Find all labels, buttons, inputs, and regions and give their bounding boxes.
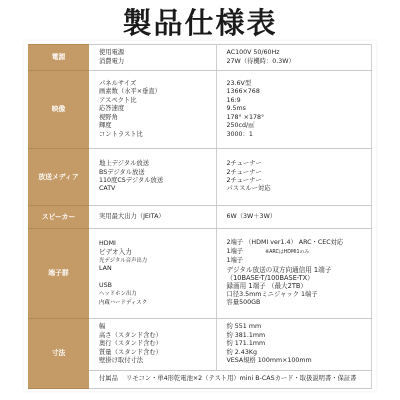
item-name: 幅 [99,323,216,331]
item-name: 壁掛け取付寸法 [99,357,216,365]
item-value: 口径3.5mmミニジャック 1端子 [227,291,372,299]
item-value: 6W（3W＋3W） [227,213,372,221]
accessories-cell: 付属品リモコン・単4形乾電池×2（テスト用）mini B-CASカード・取扱説明… [89,371,372,389]
item-name: 視野角 [99,114,216,122]
category-label: 電源 [28,45,89,71]
spec-row-dimensions: 寸法 幅 高さ（スタンド含む） 奥行（スタンド含む） 質量（スタンド含む） 壁掛… [28,319,372,371]
spec-row-broadcast: 放送メディア 地上デジタル放送 BSデジタル放送 110度CSデジタル放送 CA… [28,149,372,206]
spec-row-power: 電源 使用電源 消費電力 AC100V 50/60Hz 27W（待機時：0.3W… [28,45,372,71]
spec-row-speaker: スピーカー 実用最大出力（JEITA） 6W（3W＋3W） [28,206,372,229]
category-label: 放送メディア [28,149,89,206]
item-name: 輝度 [99,122,216,130]
item-value: 約 551 mm [227,323,372,331]
item-name: BSデジタル放送 [99,169,216,177]
item-name: 光デジタル音声出力 [99,257,216,265]
item-value: 1端子 [227,257,372,265]
item-name: 応答速度 [99,105,216,113]
item-value: 16:9 [227,97,372,105]
item-name: 質量（スタンド含む） [99,349,216,357]
item-value: 約 171.1mm [227,340,372,348]
category-label: 寸法 [28,319,89,389]
arc-note: ※ARCはHDMI1のみ [265,250,309,255]
item-name: 地上デジタル放送 [99,160,216,168]
category-label: スピーカー [28,206,89,229]
item-value: 178° ×178° [227,114,372,122]
page-title: 製品仕様表 [0,6,400,40]
item-value: デジタル放送の双方向通信用 1端子 [227,266,372,274]
item-value: 23.6V型 [227,80,372,88]
item-names: 幅 高さ（スタンド含む） 奥行（スタンド含む） 質量（スタンド含む） 壁掛け取付… [89,319,216,371]
item-values: AC100V 50/60Hz 27W（待機時：0.3W） [216,45,372,71]
item-name: ヘッドホン出力 [99,290,216,298]
item-name: ビデオ入力 [99,248,216,256]
item-name: 110度CSデジタル放送 [99,177,216,185]
item-value: 録画用 1端子 （最大2TB） [227,282,372,290]
item-name: LAN [99,265,216,273]
item-value: 容量500GB [227,299,372,307]
item-value: 2端子 （HDMI ver1.4） ARC・CEC対応 [227,239,372,247]
item-values: 6W（3W＋3W） [216,206,372,229]
item-value: パススルー対応 [227,185,372,193]
item-name: CATV [99,185,216,193]
item-names: 地上デジタル放送 BSデジタル放送 110度CSデジタル放送 CATV [89,149,216,206]
item-name: USB [99,282,216,290]
item-values: 約 551 mm 約 381.1mm 約 171.1mm 約 2.43Kg VE… [216,319,372,371]
item-value: 250cd/㎡ [227,122,372,130]
category-label: 端子群 [28,229,89,319]
category-label: 映像 [28,71,89,149]
spec-row-terminals: 端子群 HDMI ビデオ入力 光デジタル音声出力 LAN USB ヘッドホン出力… [28,229,372,319]
item-name: 使用電源 [99,49,216,57]
spec-row-video: 映像 パネルサイズ 画素数（水平×垂直） アスペクト比 応答速度 視野角 輝度 … [28,71,372,149]
item-value: 1端子 [227,248,244,255]
item-value: 1366×768 [227,88,372,96]
item-names: 使用電源 消費電力 [89,45,216,71]
item-value: AC100V 50/60Hz [227,49,372,57]
item-values: 2チューナー 2チューナー 2チューナー パススルー対応 [216,149,372,206]
item-name: 消費電力 [99,58,216,66]
item-value: 2チューナー [227,160,372,168]
item-name: 内蔵ハードディスク [99,299,216,307]
item-names: パネルサイズ 画素数（水平×垂直） アスペクト比 応答速度 視野角 輝度 コント… [89,71,216,149]
item-value: VESA規格 100mm×100mm [227,357,372,365]
item-name: 奥行（スタンド含む） [99,340,216,348]
item-name: 実用最大出力（JEITA） [99,213,216,221]
item-values: 2端子 （HDMI ver1.4） ARC・CEC対応 1端子※ARCはHDMI… [216,229,372,319]
accessories-label: 付属品 [99,375,118,382]
item-value-with-note: 1端子※ARCはHDMI1のみ [227,248,372,257]
item-name: 画素数（水平×垂直） [99,88,216,96]
spec-table: 電源 使用電源 消費電力 AC100V 50/60Hz 27W（待機時：0.3W… [28,44,372,389]
accessories-text: リモコン・単4形乾電池×2（テスト用）mini B-CASカード・取扱説明書・保… [126,375,357,382]
item-names: HDMI ビデオ入力 光デジタル音声出力 LAN USB ヘッドホン出力 内蔵ハ… [89,229,216,319]
spacer [99,274,216,282]
item-value: 27W（待機時：0.3W） [227,58,372,66]
item-value: 2チューナー [227,169,372,177]
item-value: 9.5ms [227,105,372,113]
item-value: 約 2.43Kg [227,349,372,357]
item-values: 23.6V型 1366×768 16:9 9.5ms 178° ×178° 25… [216,71,372,149]
item-name: コントラスト比 [99,131,216,139]
item-value: 3000：1 [227,131,372,139]
item-names: 実用最大出力（JEITA） [89,206,216,229]
